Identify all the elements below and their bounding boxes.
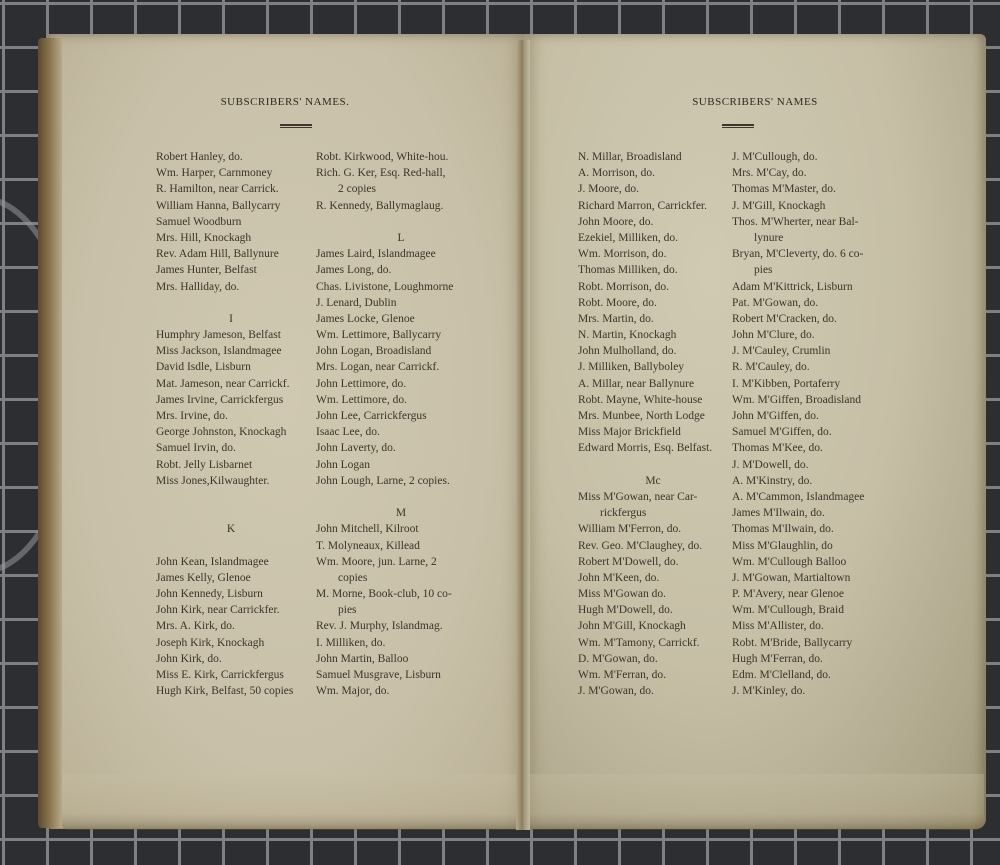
subscriber-entry: Robt. Moore, do.	[578, 295, 728, 311]
subscriber-entry: Robt. Jelly Lisbarnet	[156, 457, 306, 473]
subscriber-entry	[316, 214, 486, 230]
subscriber-entry: Robt. Mayne, White-house	[578, 392, 728, 408]
subscriber-entry: Rev. Geo. M'Claughey, do.	[578, 538, 728, 554]
subscriber-entry: A. Millar, near Ballynure	[578, 376, 728, 392]
page-bottom-edge	[62, 774, 516, 830]
section-letter: K	[156, 521, 306, 537]
subscriber-entry: Isaac Lee, do.	[316, 424, 486, 440]
names-column-2: Robt. Kirkwood, White-hou.Rich. G. Ker, …	[316, 149, 486, 699]
subscriber-entry: John Moore, do.	[578, 214, 728, 230]
subscriber-entry: Robert M'Cracken, do.	[732, 311, 902, 327]
title-rule	[722, 124, 754, 128]
subscriber-entry: M. Morne, Book-club, 10 co-	[316, 586, 486, 602]
subscriber-entry: David Isdle, Lisburn	[156, 359, 306, 375]
subscriber-entry: Richard Marron, Carrickfer.	[578, 198, 728, 214]
subscriber-entry: J. M'Gill, Knockagh	[732, 198, 902, 214]
subscriber-entry: Miss Major Brickfield	[578, 424, 728, 440]
subscriber-entry: Mrs. Halliday, do.	[156, 279, 306, 295]
subscriber-entry: J. Moore, do.	[578, 181, 728, 197]
subscriber-entry: Miss M'Allister, do.	[732, 618, 902, 634]
subscriber-entry: 2 copies	[316, 181, 486, 197]
subscriber-entry: James Long, do.	[316, 262, 486, 278]
subscriber-entry: John M'Giffen, do.	[732, 408, 902, 424]
subscriber-entry: Thos. M'Wherter, near Bal-	[732, 214, 902, 230]
subscriber-entry: T. Molyneaux, Killead	[316, 538, 486, 554]
subscriber-entry: James Kelly, Glenoe	[156, 570, 306, 586]
subscriber-entry: Robert M'Dowell, do.	[578, 554, 728, 570]
subscriber-entry: Wm. Morrison, do.	[578, 246, 728, 262]
subscriber-entry: Mrs. Hill, Knockagh	[156, 230, 306, 246]
subscriber-entry: John Kirk, near Carrickfer.	[156, 602, 306, 618]
subscriber-entry: Mrs. Logan, near Carrickf.	[316, 359, 486, 375]
subscriber-entry: James M'Ilwain, do.	[732, 505, 902, 521]
subscriber-entry: J. Lenard, Dublin	[316, 295, 486, 311]
subscriber-entry: John Lettimore, do.	[316, 376, 486, 392]
subscriber-entry: J. Milliken, Ballyboley	[578, 359, 728, 375]
subscriber-entry: I. Milliken, do.	[316, 635, 486, 651]
subscriber-entry: Wm. Major, do.	[316, 683, 486, 699]
subscriber-entry: John M'Clure, do.	[732, 327, 902, 343]
names-column-2: J. M'Cullough, do.Mrs. M'Cay, do.Thomas …	[732, 149, 902, 699]
subscriber-entry: Wm. M'Cullough Balloo	[732, 554, 902, 570]
subscriber-entry	[156, 505, 306, 521]
subscriber-entry: Wm. M'Tamony, Carrickf.	[578, 635, 728, 651]
subscriber-entry: R. M'Cauley, do.	[732, 359, 902, 375]
subscriber-entry: Robert Hanley, do.	[156, 149, 306, 165]
subscriber-entry: Miss E. Kirk, Carrickfergus	[156, 667, 306, 683]
subscriber-entry: J. M'Gowan, do.	[578, 683, 728, 699]
subscriber-entry: John Lee, Carrickfergus	[316, 408, 486, 424]
subscriber-entry: N. Millar, Broadisland	[578, 149, 728, 165]
subscriber-entry: Hugh M'Ferran, do.	[732, 651, 902, 667]
subscriber-entry: Bryan, M'Cleverty, do. 6 co-	[732, 246, 902, 262]
title-rule	[280, 124, 312, 128]
subscriber-entry: pies	[732, 262, 902, 278]
subscriber-entry: Wm. M'Ferran, do.	[578, 667, 728, 683]
subscriber-entry: Chas. Livistone, Loughmorne	[316, 279, 486, 295]
subscriber-entry: John Mulholland, do.	[578, 343, 728, 359]
subscriber-entry: Wm. Lettimore, do.	[316, 392, 486, 408]
subscriber-entry: Mat. Jameson, near Carrickf.	[156, 376, 306, 392]
book-gutter	[516, 40, 530, 830]
subscriber-entry: Hugh M'Dowell, do.	[578, 602, 728, 618]
subscriber-entry: Robt. Kirkwood, White-hou.	[316, 149, 486, 165]
subscriber-entry: Miss Jackson, Islandmagee	[156, 343, 306, 359]
subscriber-entry: James Laird, Islandmagee	[316, 246, 486, 262]
subscriber-entry: George Johnston, Knockagh	[156, 424, 306, 440]
section-letter: I	[156, 311, 306, 327]
subscriber-entry: lynure	[732, 230, 902, 246]
subscriber-entry: Miss M'Gowan do.	[578, 586, 728, 602]
subscriber-entry: Mrs. A. Kirk, do.	[156, 618, 306, 634]
subscriber-entry: I. M'Kibben, Portaferry	[732, 376, 902, 392]
subscriber-entry: rickfergus	[578, 505, 728, 521]
subscriber-entry: Thomas M'Kee, do.	[732, 440, 902, 456]
subscriber-entry: D. M'Gowan, do.	[578, 651, 728, 667]
page-edge	[38, 38, 62, 828]
subscriber-entry: Wm. Lettimore, Ballycarry	[316, 327, 486, 343]
subscriber-entry: James Locke, Glenoe	[316, 311, 486, 327]
subscriber-entry: John Lough, Larne, 2 copies.	[316, 473, 486, 489]
subscriber-entry	[156, 295, 306, 311]
subscriber-entry: J. M'Kinley, do.	[732, 683, 902, 699]
section-letter: Mc	[578, 473, 728, 489]
subscriber-entry: William Hanna, Ballycarry	[156, 198, 306, 214]
subscriber-entry: John Logan, Broadisland	[316, 343, 486, 359]
subscriber-entry: Mrs. M'Cay, do.	[732, 165, 902, 181]
subscriber-entry: Humphry Jameson, Belfast	[156, 327, 306, 343]
subscriber-entry: A. Morrison, do.	[578, 165, 728, 181]
names-column-1: Robert Hanley, do.Wm. Harper, CarnmoneyR…	[156, 149, 306, 699]
subscriber-entry: R. Hamilton, near Carrick.	[156, 181, 306, 197]
subscriber-entry: John Mitchell, Kilroot	[316, 521, 486, 537]
subscriber-entry: John Kean, Islandmagee	[156, 554, 306, 570]
subscriber-entry: Wm. Moore, jun. Larne, 2	[316, 554, 486, 570]
subscriber-entry: Samuel M'Giffen, do.	[732, 424, 902, 440]
open-book: SUBSCRIBERS' NAMES. Robert Hanley, do.Wm…	[38, 34, 988, 834]
section-letter: L	[316, 230, 486, 246]
subscriber-entry: Rev. Adam Hill, Ballynure	[156, 246, 306, 262]
subscriber-entry: Hugh Kirk, Belfast, 50 copies	[156, 683, 306, 699]
subscriber-entry: Wm. Harper, Carnmoney	[156, 165, 306, 181]
subscriber-entry: Rich. G. Ker, Esq. Red-hall,	[316, 165, 486, 181]
subscriber-entry: Samuel Woodburn	[156, 214, 306, 230]
subscriber-entry: Mrs. Martin, do.	[578, 311, 728, 327]
subscriber-entry: Edward Morris, Esq. Belfast.	[578, 440, 728, 456]
subscriber-entry: Robt. Morrison, do.	[578, 279, 728, 295]
subscriber-entry: J. M'Gowan, Martialtown	[732, 570, 902, 586]
subscriber-entry: Adam M'Kittrick, Lisburn	[732, 279, 902, 295]
subscriber-entry: Rev. J. Murphy, Islandmag.	[316, 618, 486, 634]
subscriber-entry: Pat. M'Gowan, do.	[732, 295, 902, 311]
subscriber-entry: John M'Gill, Knockagh	[578, 618, 728, 634]
subscriber-entry: N. Martin, Knockagh	[578, 327, 728, 343]
subscriber-entry	[156, 538, 306, 554]
page-title: SUBSCRIBERS' NAMES.	[46, 96, 524, 108]
subscriber-entry: John Laverty, do.	[316, 440, 486, 456]
section-letter: M	[316, 505, 486, 521]
subscriber-entry: Wm. M'Cullough, Braid	[732, 602, 902, 618]
subscriber-entry: John Kirk, do.	[156, 651, 306, 667]
subscriber-entry: J. M'Cullough, do.	[732, 149, 902, 165]
subscriber-entry: Wm. M'Giffen, Broadisland	[732, 392, 902, 408]
subscriber-entry: A. M'Cammon, Islandmagee	[732, 489, 902, 505]
subscriber-entry: Mrs. Irvine, do.	[156, 408, 306, 424]
subscriber-entry: Edm. M'Clelland, do.	[732, 667, 902, 683]
subscriber-entry: Miss M'Gowan, near Car-	[578, 489, 728, 505]
subscriber-entry: James Irvine, Carrickfergus	[156, 392, 306, 408]
left-page: SUBSCRIBERS' NAMES. Robert Hanley, do.Wm…	[46, 34, 524, 829]
subscriber-entry: J. M'Dowell, do.	[732, 457, 902, 473]
subscriber-entry: copies	[316, 570, 486, 586]
right-page: SUBSCRIBERS' NAMES N. Millar, Broadislan…	[524, 34, 986, 829]
subscriber-entry: Mrs. Munbee, North Lodge	[578, 408, 728, 424]
subscriber-entry: Miss M'Glaughlin, do	[732, 538, 902, 554]
subscriber-entry: John Martin, Balloo	[316, 651, 486, 667]
subscriber-entry: John M'Keen, do.	[578, 570, 728, 586]
subscriber-entry: R. Kennedy, Ballymaglaug.	[316, 198, 486, 214]
subscriber-entry: John Kennedy, Lisburn	[156, 586, 306, 602]
page-bottom-edge	[530, 774, 984, 830]
subscriber-entry	[156, 489, 306, 505]
subscriber-entry: James Hunter, Belfast	[156, 262, 306, 278]
subscriber-entry: Ezekiel, Milliken, do.	[578, 230, 728, 246]
subscriber-entry: pies	[316, 602, 486, 618]
subscriber-entry: Samuel Musgrave, Lisburn	[316, 667, 486, 683]
subscriber-entry: Joseph Kirk, Knockagh	[156, 635, 306, 651]
subscriber-entry: Miss Jones,Kilwaughter.	[156, 473, 306, 489]
subscriber-entry: P. M'Avery, near Glenoe	[732, 586, 902, 602]
subscriber-entry: Thomas M'Master, do.	[732, 181, 902, 197]
subscriber-entry: Samuel Irvin, do.	[156, 440, 306, 456]
subscriber-entry: Thomas M'Ilwain, do.	[732, 521, 902, 537]
subscriber-entry: William M'Ferron, do.	[578, 521, 728, 537]
page-title: SUBSCRIBERS' NAMES	[524, 96, 986, 108]
subscriber-entry	[578, 457, 728, 473]
subscriber-entry: John Logan	[316, 457, 486, 473]
subscriber-entry: Robt. M'Bride, Ballycarry	[732, 635, 902, 651]
subscriber-entry	[316, 489, 486, 505]
subscriber-entry: J. M'Cauley, Crumlin	[732, 343, 902, 359]
subscriber-entry: Thomas Milliken, do.	[578, 262, 728, 278]
names-column-1: N. Millar, BroadislandA. Morrison, do.J.…	[578, 149, 728, 699]
subscriber-entry: A. M'Kinstry, do.	[732, 473, 902, 489]
